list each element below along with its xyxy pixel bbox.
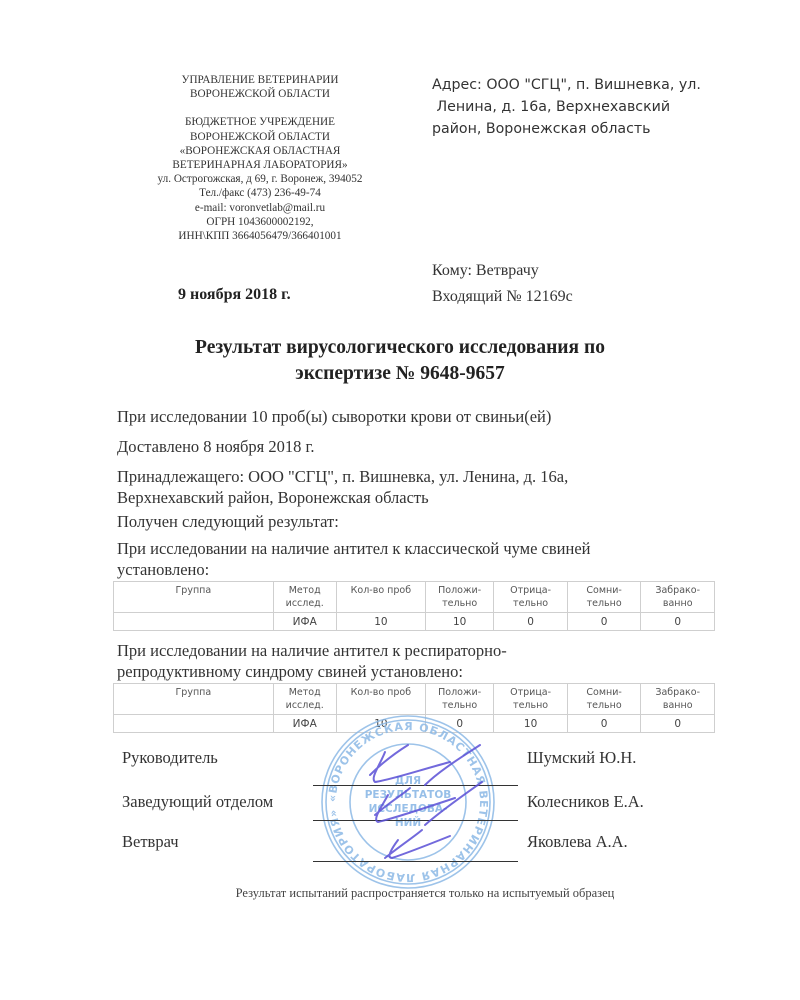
col-count: Кол-во проб <box>336 582 425 613</box>
org-line: ВОРОНЕЖСКОЙ ОБЛАСТИ <box>110 87 410 101</box>
col-rejected: Забрако-ванно <box>641 684 715 715</box>
samples-text: При исследовании 10 проб(ы) сыворотки кр… <box>117 406 717 427</box>
address-line: район, Воронежская область <box>432 118 732 140</box>
cell-group <box>114 715 274 733</box>
org-line: БЮДЖЕТНОЕ УЧРЕЖДЕНИЕ <box>110 115 410 129</box>
col-method: Методисслед. <box>273 582 336 613</box>
signature-name: Яковлева А.А. <box>527 832 628 852</box>
org-line: ВЕТЕРИНАРНАЯ ЛАБОРАТОРИЯ» <box>110 158 410 172</box>
cell-positive: 10 <box>426 613 494 631</box>
cell-negative: 0 <box>494 613 568 631</box>
document-title: Результат вирусологического исследования… <box>100 335 700 387</box>
test1-text-1: При исследовании на наличие антител к кл… <box>117 538 717 559</box>
org-phone: Тел./факс (473) 236-49-74 <box>110 186 410 200</box>
test2-text-2: репродуктивному синдрому свиней установл… <box>117 661 717 682</box>
signature-name: Шумский Ю.Н. <box>527 748 636 768</box>
footer-note: Результат испытаний распространяется тол… <box>195 886 655 901</box>
cell-doubtful: 0 <box>567 613 641 631</box>
organization-header: УПРАВЛЕНИЕ ВЕТЕРИНАРИИ ВОРОНЕЖСКОЙ ОБЛАС… <box>110 73 410 243</box>
org-email: e-mail: voronvetlab@mail.ru <box>110 201 410 215</box>
cell-group <box>114 613 274 631</box>
org-inn: ИНН\КПП 3664056479/366401001 <box>110 229 410 243</box>
owner-text-1: Принадлежащего: ООО "СГЦ", п. Вишневка, … <box>117 466 717 487</box>
cell-rejected: 0 <box>641 715 715 733</box>
recipient: Кому: Ветврачу <box>432 258 573 284</box>
handwritten-signature-icon <box>330 740 510 865</box>
signature-name: Колесников Е.А. <box>527 792 644 812</box>
table-header-row: Группа Методисслед. Кол-во проб Положи-т… <box>114 684 715 715</box>
col-count: Кол-во проб <box>336 684 425 715</box>
signature-role: Ветврач <box>122 832 179 852</box>
incoming-number: Входящий № 12169с <box>432 284 573 310</box>
col-negative: Отрица-тельно <box>494 582 568 613</box>
document-date: 9 ноября 2018 г. <box>178 286 291 304</box>
col-positive: Положи-тельно <box>426 582 494 613</box>
title-line: экспертизе № 9648-9657 <box>100 361 700 387</box>
recipient-address: Адрес: ООО "СГЦ", п. Вишневка, ул. Ленин… <box>432 74 732 140</box>
test2-text-1: При исследовании на наличие антител к ре… <box>117 640 717 661</box>
col-negative: Отрица-тельно <box>494 684 568 715</box>
cell-count: 10 <box>336 613 425 631</box>
col-doubtful: Сомни-тельно <box>567 582 641 613</box>
cell-method: ИФА <box>273 613 336 631</box>
col-group: Группа <box>114 582 274 613</box>
col-method: Методисслед. <box>273 684 336 715</box>
delivered-text: Доставлено 8 ноября 2018 г. <box>117 436 717 457</box>
org-ogrn: ОГРН 1043600002192, <box>110 215 410 229</box>
col-rejected: Забрако-ванно <box>641 582 715 613</box>
address-line: Адрес: ООО "СГЦ", п. Вишневка, ул. <box>432 74 732 96</box>
signature-role: Заведующий отделом <box>122 792 273 812</box>
col-group: Группа <box>114 684 274 715</box>
table-row: ИФА 10 10 0 0 0 <box>114 613 715 631</box>
signature-role: Руководитель <box>122 748 218 768</box>
title-line: Результат вирусологического исследования… <box>100 335 700 361</box>
test1-text-2: установлено: <box>117 559 717 580</box>
recipient-block: Кому: Ветврачу Входящий № 12169с <box>432 258 573 310</box>
cell-doubtful: 0 <box>567 715 641 733</box>
owner-text-2: Верхнехавский район, Воронежская область <box>117 487 717 508</box>
cell-rejected: 0 <box>641 613 715 631</box>
result-intro: Получен следующий результат: <box>117 511 717 532</box>
col-doubtful: Сомни-тельно <box>567 684 641 715</box>
address-line: Ленина, д. 16а, Верхнехавский <box>432 96 732 118</box>
org-address: ул. Острогожская, д 69, г. Воронеж, 3940… <box>110 172 410 186</box>
org-line: «ВОРОНЕЖСКАЯ ОБЛАСТНАЯ <box>110 144 410 158</box>
results-table-csf: Группа Методисслед. Кол-во проб Положи-т… <box>113 581 715 631</box>
cell-negative: 10 <box>494 715 568 733</box>
table-header-row: Группа Методисслед. Кол-во проб Положи-т… <box>114 582 715 613</box>
org-line: ВОРОНЕЖСКОЙ ОБЛАСТИ <box>110 130 410 144</box>
col-positive: Положи-тельно <box>426 684 494 715</box>
org-line: УПРАВЛЕНИЕ ВЕТЕРИНАРИИ <box>110 73 410 87</box>
